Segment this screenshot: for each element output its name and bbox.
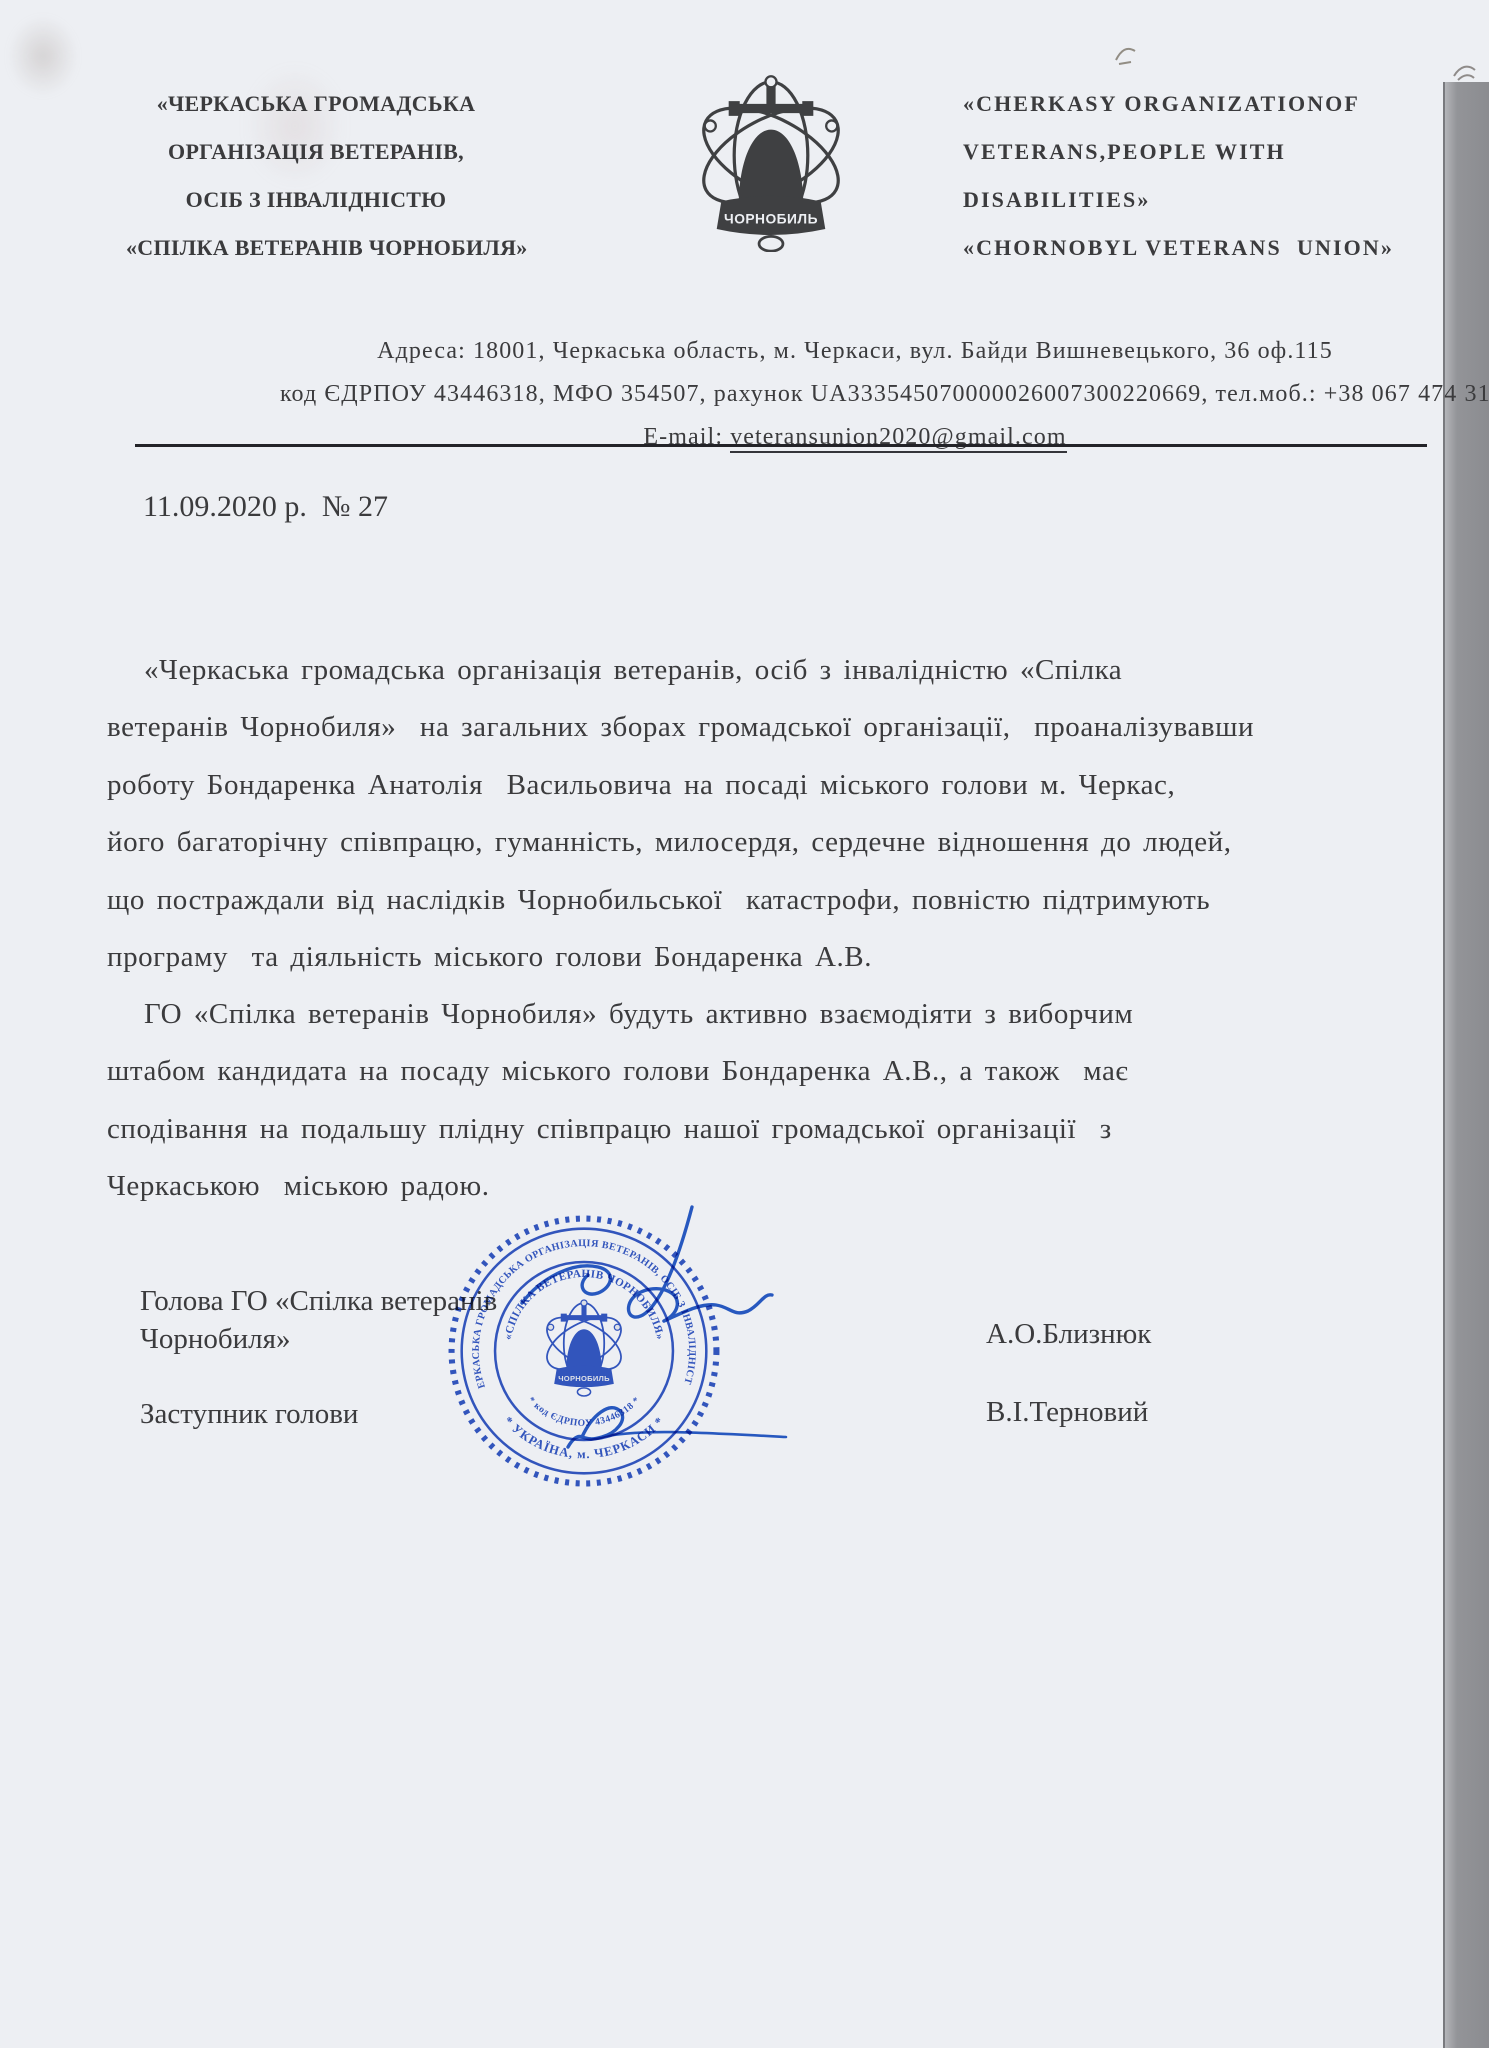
signatory-name-deputy: В.І.Терновий xyxy=(986,1396,1148,1429)
letterhead-divider-rule xyxy=(135,444,1427,447)
email-address: veteransunion2020@gmail.com xyxy=(730,424,1066,453)
org-name-english: «CHERKASY ORGANIZATIONOFVETERANS,PEOPLE … xyxy=(963,80,1433,272)
handwritten-signatures xyxy=(430,1185,840,1465)
body-text-line: його багаторічну співпрацю, гуманність, … xyxy=(107,814,1254,871)
org-name-ukrainian: «ЧЕРКАСЬКА ГРОМАДСЬКАОРГАНІЗАЦІЯ ВЕТЕРАН… xyxy=(126,80,506,272)
address-line: Адреса: 18001, Черкаська область, м. Чер… xyxy=(280,330,1430,373)
bell-emblem-use xyxy=(689,76,854,251)
body-paragraph-1: «Черкаська громадська організація ветера… xyxy=(107,642,1254,986)
body-text-line: програму та діяльність міського голови Б… xyxy=(107,929,1254,986)
org-name-ukrainian-line: ОСІБ З ІНВАЛІДНІСТЮ xyxy=(126,176,506,224)
body-text-line: ГО «Спілка ветеранів Чорнобиля» будуть а… xyxy=(107,986,1133,1043)
email-line: E-mail: veteransunion2020@gmail.com xyxy=(280,416,1430,459)
org-name-english-line: «CHERKASY ORGANIZATIONOF xyxy=(963,80,1433,128)
org-name-ukrainian-line: ОРГАНІЗАЦІЯ ВЕТЕРАНІВ, xyxy=(126,128,506,176)
org-name-english-line: VETERANS,PEOPLE WITH xyxy=(963,128,1433,176)
signature-head-stroke xyxy=(629,1207,692,1321)
pen-mark-stroke xyxy=(1116,49,1135,64)
org-name-english-line: DISABILITIES» xyxy=(963,176,1433,224)
contact-block: Адреса: 18001, Черкаська область, м. Чер… xyxy=(280,330,1430,459)
body-text-line: ветеранів Чорнобиля» на загальних зборах… xyxy=(107,699,1254,756)
signature-head-stroke xyxy=(664,1295,772,1321)
org-name-ukrainian-line: «СПІЛКА ВЕТЕРАНІВ ЧОРНОБИЛЯ» xyxy=(126,224,506,272)
body-text-line: роботу Бондаренка Анатолія Васильовича н… xyxy=(107,757,1254,814)
pen-mark xyxy=(1112,42,1140,70)
body-text-line: «Черкаська громадська організація ветера… xyxy=(107,642,1254,699)
signature-head-stroke xyxy=(522,1266,610,1303)
signatory-name-head: А.О.Близнюк xyxy=(986,1318,1151,1351)
pen-mark xyxy=(1448,56,1482,90)
pen-mark-stroke xyxy=(1454,67,1475,80)
body-text-line: сподівання на подальшу плідну співпрацю … xyxy=(107,1101,1133,1158)
body-paragraph-2: ГО «Спілка ветеранів Чорнобиля» будуть а… xyxy=(107,986,1133,1216)
paper-smudge xyxy=(8,16,78,96)
scanner-edge-band xyxy=(1443,82,1489,2048)
requisites-line: код ЄДРПОУ 43446318, МФО 354507, рахунок… xyxy=(280,373,1430,416)
signature-deputy-stroke xyxy=(602,1432,786,1437)
body-text-line: що постраждали від наслідків Чорнобильсь… xyxy=(107,872,1254,929)
signatory-title-deputy: Заступник голови xyxy=(140,1398,358,1431)
scanned-letter-page: «ЧЕРКАСЬКА ГРОМАДСЬКАОРГАНІЗАЦІЯ ВЕТЕРАН… xyxy=(0,0,1489,2048)
date-and-number-line: 11.09.2020 р. № 27 xyxy=(143,490,388,524)
chornobyl-bell-logo: ЧОРНОБИЛЬ xyxy=(688,68,854,252)
org-name-english-line: «CHORNOBYL VETERANS UNION» xyxy=(963,224,1433,272)
body-text-line: штабом кандидата на посаду міського голо… xyxy=(107,1043,1133,1100)
org-name-ukrainian-line: «ЧЕРКАСЬКА ГРОМАДСЬКА xyxy=(126,80,506,128)
signature-deputy-stroke xyxy=(568,1408,623,1447)
